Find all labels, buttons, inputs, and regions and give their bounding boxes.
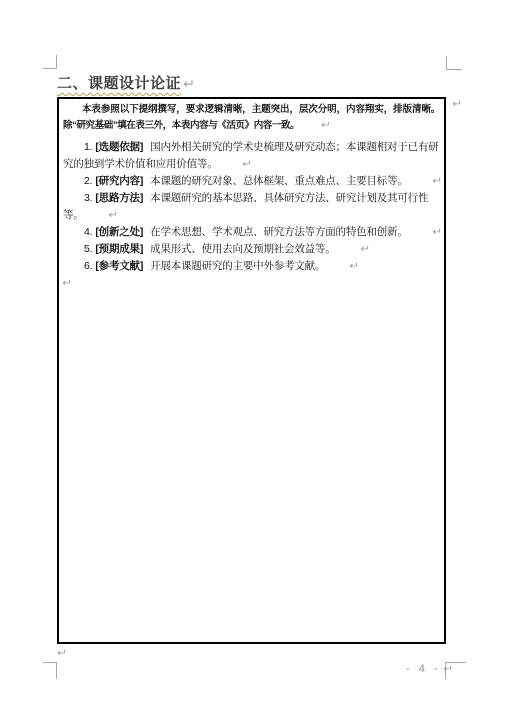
paragraph-mark-icon: ↵ bbox=[324, 258, 359, 275]
section-title[interactable]: 二、课题设计论证↵ bbox=[57, 72, 194, 92]
item-description: 成果形式、使用去向及预期社会效益等。 bbox=[150, 243, 335, 255]
outline-item[interactable]: 2.[研究内容]本课题的研究对象、总体框架、重点难点、主要目标等。↵ bbox=[63, 173, 440, 190]
item-number: 3. bbox=[84, 192, 92, 204]
table-row-end-mark-icon: ↵ bbox=[452, 99, 462, 110]
paragraph-mark-icon: ↵ bbox=[298, 118, 331, 134]
paragraph-mark-icon: ↵ bbox=[335, 241, 370, 258]
item-label: [创新之处] bbox=[95, 226, 143, 238]
after-table-paragraph-mark-icon: ↵ bbox=[57, 648, 67, 659]
paragraph-mark-icon: ↵ bbox=[407, 173, 442, 190]
item-description: 开展本课题研究的主要中外参考文献。 bbox=[150, 260, 325, 272]
paragraph-mark-icon: ↵ bbox=[83, 207, 118, 224]
page-number: - 4 - bbox=[406, 663, 441, 675]
argumentation-table-cell[interactable]: 本表参照以下提纲撰写，要求逻辑清晰，主题突出，层次分明，内容翔实，排版清晰。除“… bbox=[59, 99, 444, 642]
outline-item[interactable]: 1.[选题依据]国内外相关研究的学术史梳理及研究动态；本课题相对于已有研究的独到… bbox=[63, 139, 440, 173]
outline-item[interactable]: 5.[预期成果]成果形式、使用去向及预期社会效益等。↵ bbox=[63, 241, 440, 258]
table-intro-text[interactable]: 本表参照以下提纲撰写，要求逻辑清晰，主题突出，层次分明，内容翔实，排版清晰。除“… bbox=[63, 104, 440, 131]
item-label: [思路方法] bbox=[95, 192, 143, 204]
item-label: [研究内容] bbox=[95, 175, 143, 187]
empty-paragraph[interactable]: ↵ bbox=[63, 275, 440, 292]
paragraph-mark-icon: ↵ bbox=[62, 275, 72, 292]
document-page: 二、课题设计论证↵ 本表参照以下提纲撰写，要求逻辑清晰，主题突出，层次分明，内容… bbox=[0, 0, 505, 718]
section-title-text[interactable]: 二、课题设计论证 bbox=[57, 75, 181, 92]
argumentation-table[interactable]: 本表参照以下提纲撰写，要求逻辑清晰，主题突出，层次分明，内容翔实，排版清晰。除“… bbox=[57, 97, 446, 644]
table-intro-paragraph[interactable]: 本表参照以下提纲撰写，要求逻辑清晰，主题突出，层次分明，内容翔实，排版清晰。除“… bbox=[63, 102, 440, 133]
item-label: [选题依据] bbox=[95, 141, 143, 153]
item-description: 本课题的研究对象、总体框架、重点难点、主要目标等。 bbox=[150, 175, 408, 187]
item-number: 2. bbox=[84, 175, 92, 187]
outline-items: 1.[选题依据]国内外相关研究的学术史梳理及研究动态；本课题相对于已有研究的独到… bbox=[63, 139, 440, 275]
item-description: 在学术思想、学术观点、研究方法等方面的特色和创新。 bbox=[150, 226, 408, 238]
outline-item[interactable]: 3.[思路方法]本课题研究的基本思路、具体研究方法、研究计划及其可行性等。↵ bbox=[63, 190, 440, 224]
outline-item[interactable]: 6.[参考文献]开展本课题研究的主要中外参考文献。↵ bbox=[63, 258, 440, 275]
text-boundary-mark-bottom-left bbox=[43, 662, 57, 679]
item-number: 4. bbox=[84, 226, 92, 238]
paragraph-mark-icon: ↵ bbox=[407, 224, 442, 241]
page-footer: - 4 - ↵ bbox=[406, 663, 452, 675]
item-label: [预期成果] bbox=[95, 243, 143, 255]
item-number: 1. bbox=[84, 141, 92, 153]
text-boundary-mark-top-right bbox=[446, 56, 462, 70]
outline-item[interactable]: 4.[创新之处]在学术思想、学术观点、研究方法等方面的特色和创新。↵ bbox=[63, 224, 440, 241]
text-boundary-mark-top-left bbox=[43, 55, 57, 69]
item-label: [参考文献] bbox=[95, 260, 143, 272]
footer-paragraph-mark-icon: ↵ bbox=[443, 664, 453, 675]
item-number: 6. bbox=[84, 260, 92, 272]
paragraph-mark-icon: ↵ bbox=[183, 77, 195, 91]
item-number: 5. bbox=[84, 243, 92, 255]
paragraph-mark-icon: ↵ bbox=[217, 156, 252, 173]
